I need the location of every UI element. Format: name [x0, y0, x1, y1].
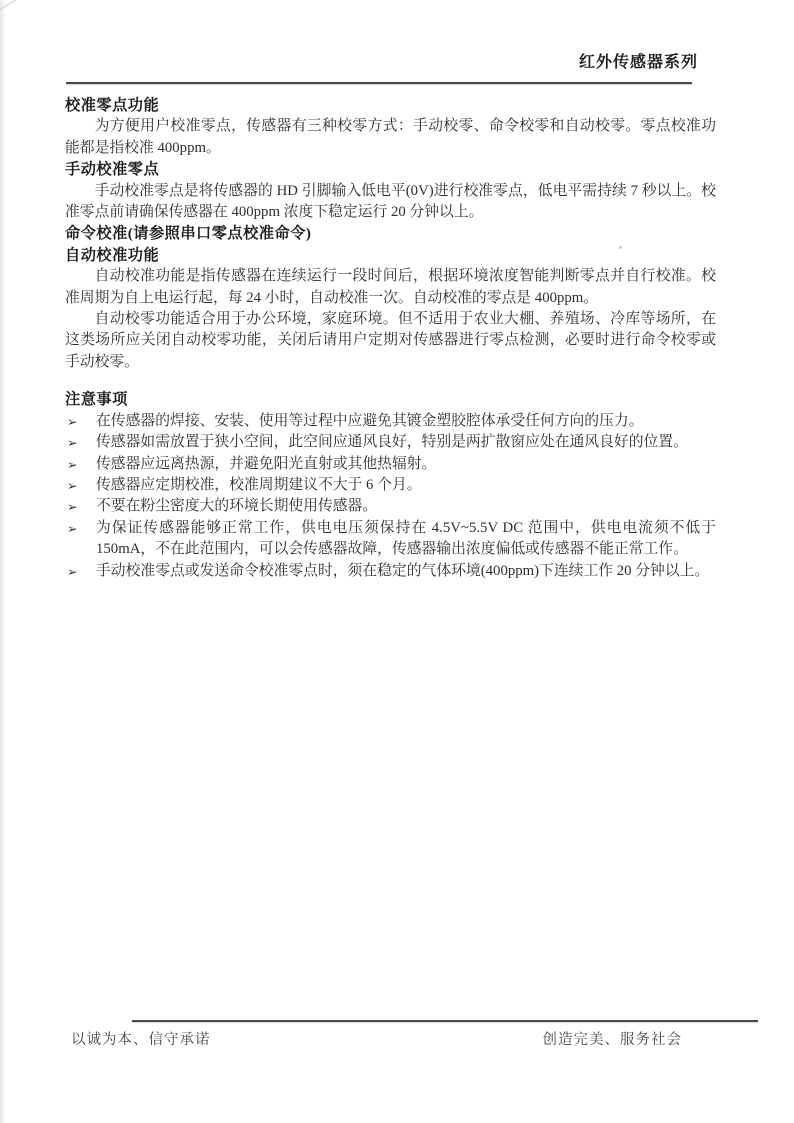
note-item: ➢ 传感器应远离热源，并避免阳光直射或其他热辐射。	[65, 454, 716, 475]
paragraph-zero-calibration: 为方便用户校准零点，传感器有三种校零方式：手动校零、命令校零和自动校零。零点校准…	[65, 116, 716, 159]
note-item-text: 不要在粉尘密度大的环境长期使用传感器。	[96, 496, 716, 517]
note-item-text: 手动校准零点或发送命令校准零点时，须在稳定的气体环境(400ppm)下连续工作 …	[96, 561, 716, 582]
note-item-text: 传感器如需放置于狭小空间，此空间应通风良好，特别是两扩散窗应处在通风良好的位置。	[96, 432, 716, 453]
section-heading-zero-calibration: 校准零点功能	[65, 95, 716, 116]
arrow-bullet-icon: ➢	[65, 561, 96, 582]
section-heading-manual-calibration: 手动校准零点	[65, 159, 716, 180]
arrow-bullet-icon: ➢	[65, 518, 96, 539]
note-item-text: 为保证传感器能够正常工作，供电电压须保持在 4.5V~5.5V DC 范围中，供…	[96, 518, 716, 561]
note-item: ➢ 不要在粉尘密度大的环境长期使用传感器。	[65, 496, 716, 517]
page-header: 红外传感器系列	[0, 0, 794, 84]
note-item: ➢ 传感器应定期校准，校准周期建议不大于 6 个月。	[65, 475, 716, 496]
paragraph-auto-calibration-1: 自动校准功能是指传感器在连续运行一段时间后，根据环境浓度智能判断零点并自行校准。…	[65, 266, 716, 309]
note-item: ➢ 为保证传感器能够正常工作，供电电压须保持在 4.5V~5.5V DC 范围中…	[65, 518, 716, 561]
note-item-text: 在传感器的焊接、安装、使用等过程中应避免其镀金塑胶腔体承受任何方向的压力。	[96, 411, 716, 432]
arrow-bullet-icon: ➢	[65, 432, 96, 453]
arrow-bullet-icon: ➢	[65, 454, 96, 475]
note-item-text: 传感器应远离热源，并避免阳光直射或其他热辐射。	[96, 454, 716, 475]
scan-speck-artifact	[619, 246, 622, 249]
section-heading-notes: 注意事项	[65, 389, 716, 410]
section-heading-command-calibration: 命令校准(请参照串口零点校准命令)	[65, 223, 716, 244]
arrow-bullet-icon: ➢	[65, 411, 96, 432]
header-rule	[66, 82, 692, 84]
header-title: 红外传感器系列	[0, 0, 794, 72]
arrow-bullet-icon: ➢	[65, 475, 96, 496]
page-footer: 以诚为本、信守承诺 创造完美、服务社会	[66, 1020, 692, 1049]
footer-motto-right: 创造完美、服务社会	[543, 1028, 683, 1049]
arrow-bullet-icon: ➢	[65, 496, 96, 517]
note-item: ➢ 手动校准零点或发送命令校准零点时，须在稳定的气体环境(400ppm)下连续工…	[65, 561, 716, 582]
paragraph-auto-calibration-2: 自动校零功能适合用于办公环境，家庭环境。但不适用于农业大棚、养殖场、冷库等场所，…	[65, 309, 716, 373]
footer-motto-left: 以诚为本、信守承诺	[71, 1028, 211, 1049]
document-page: 红外传感器系列 校准零点功能 为方便用户校准零点，传感器有三种校零方式：手动校零…	[0, 0, 794, 1123]
note-item: ➢ 传感器如需放置于狭小空间，此空间应通风良好，特别是两扩散窗应处在通风良好的位…	[65, 432, 716, 453]
note-item: ➢ 在传感器的焊接、安装、使用等过程中应避免其镀金塑胶腔体承受任何方向的压力。	[65, 411, 716, 432]
note-item-text: 传感器应定期校准，校准周期建议不大于 6 个月。	[96, 475, 716, 496]
paragraph-manual-calibration: 手动校准零点是将传感器的 HD 引脚输入低电平(0V)进行校准零点，低电平需持续…	[65, 181, 716, 224]
document-body: 校准零点功能 为方便用户校准零点，传感器有三种校零方式：手动校零、命令校零和自动…	[65, 95, 716, 582]
scan-edge-shadow	[0, 0, 6, 1123]
